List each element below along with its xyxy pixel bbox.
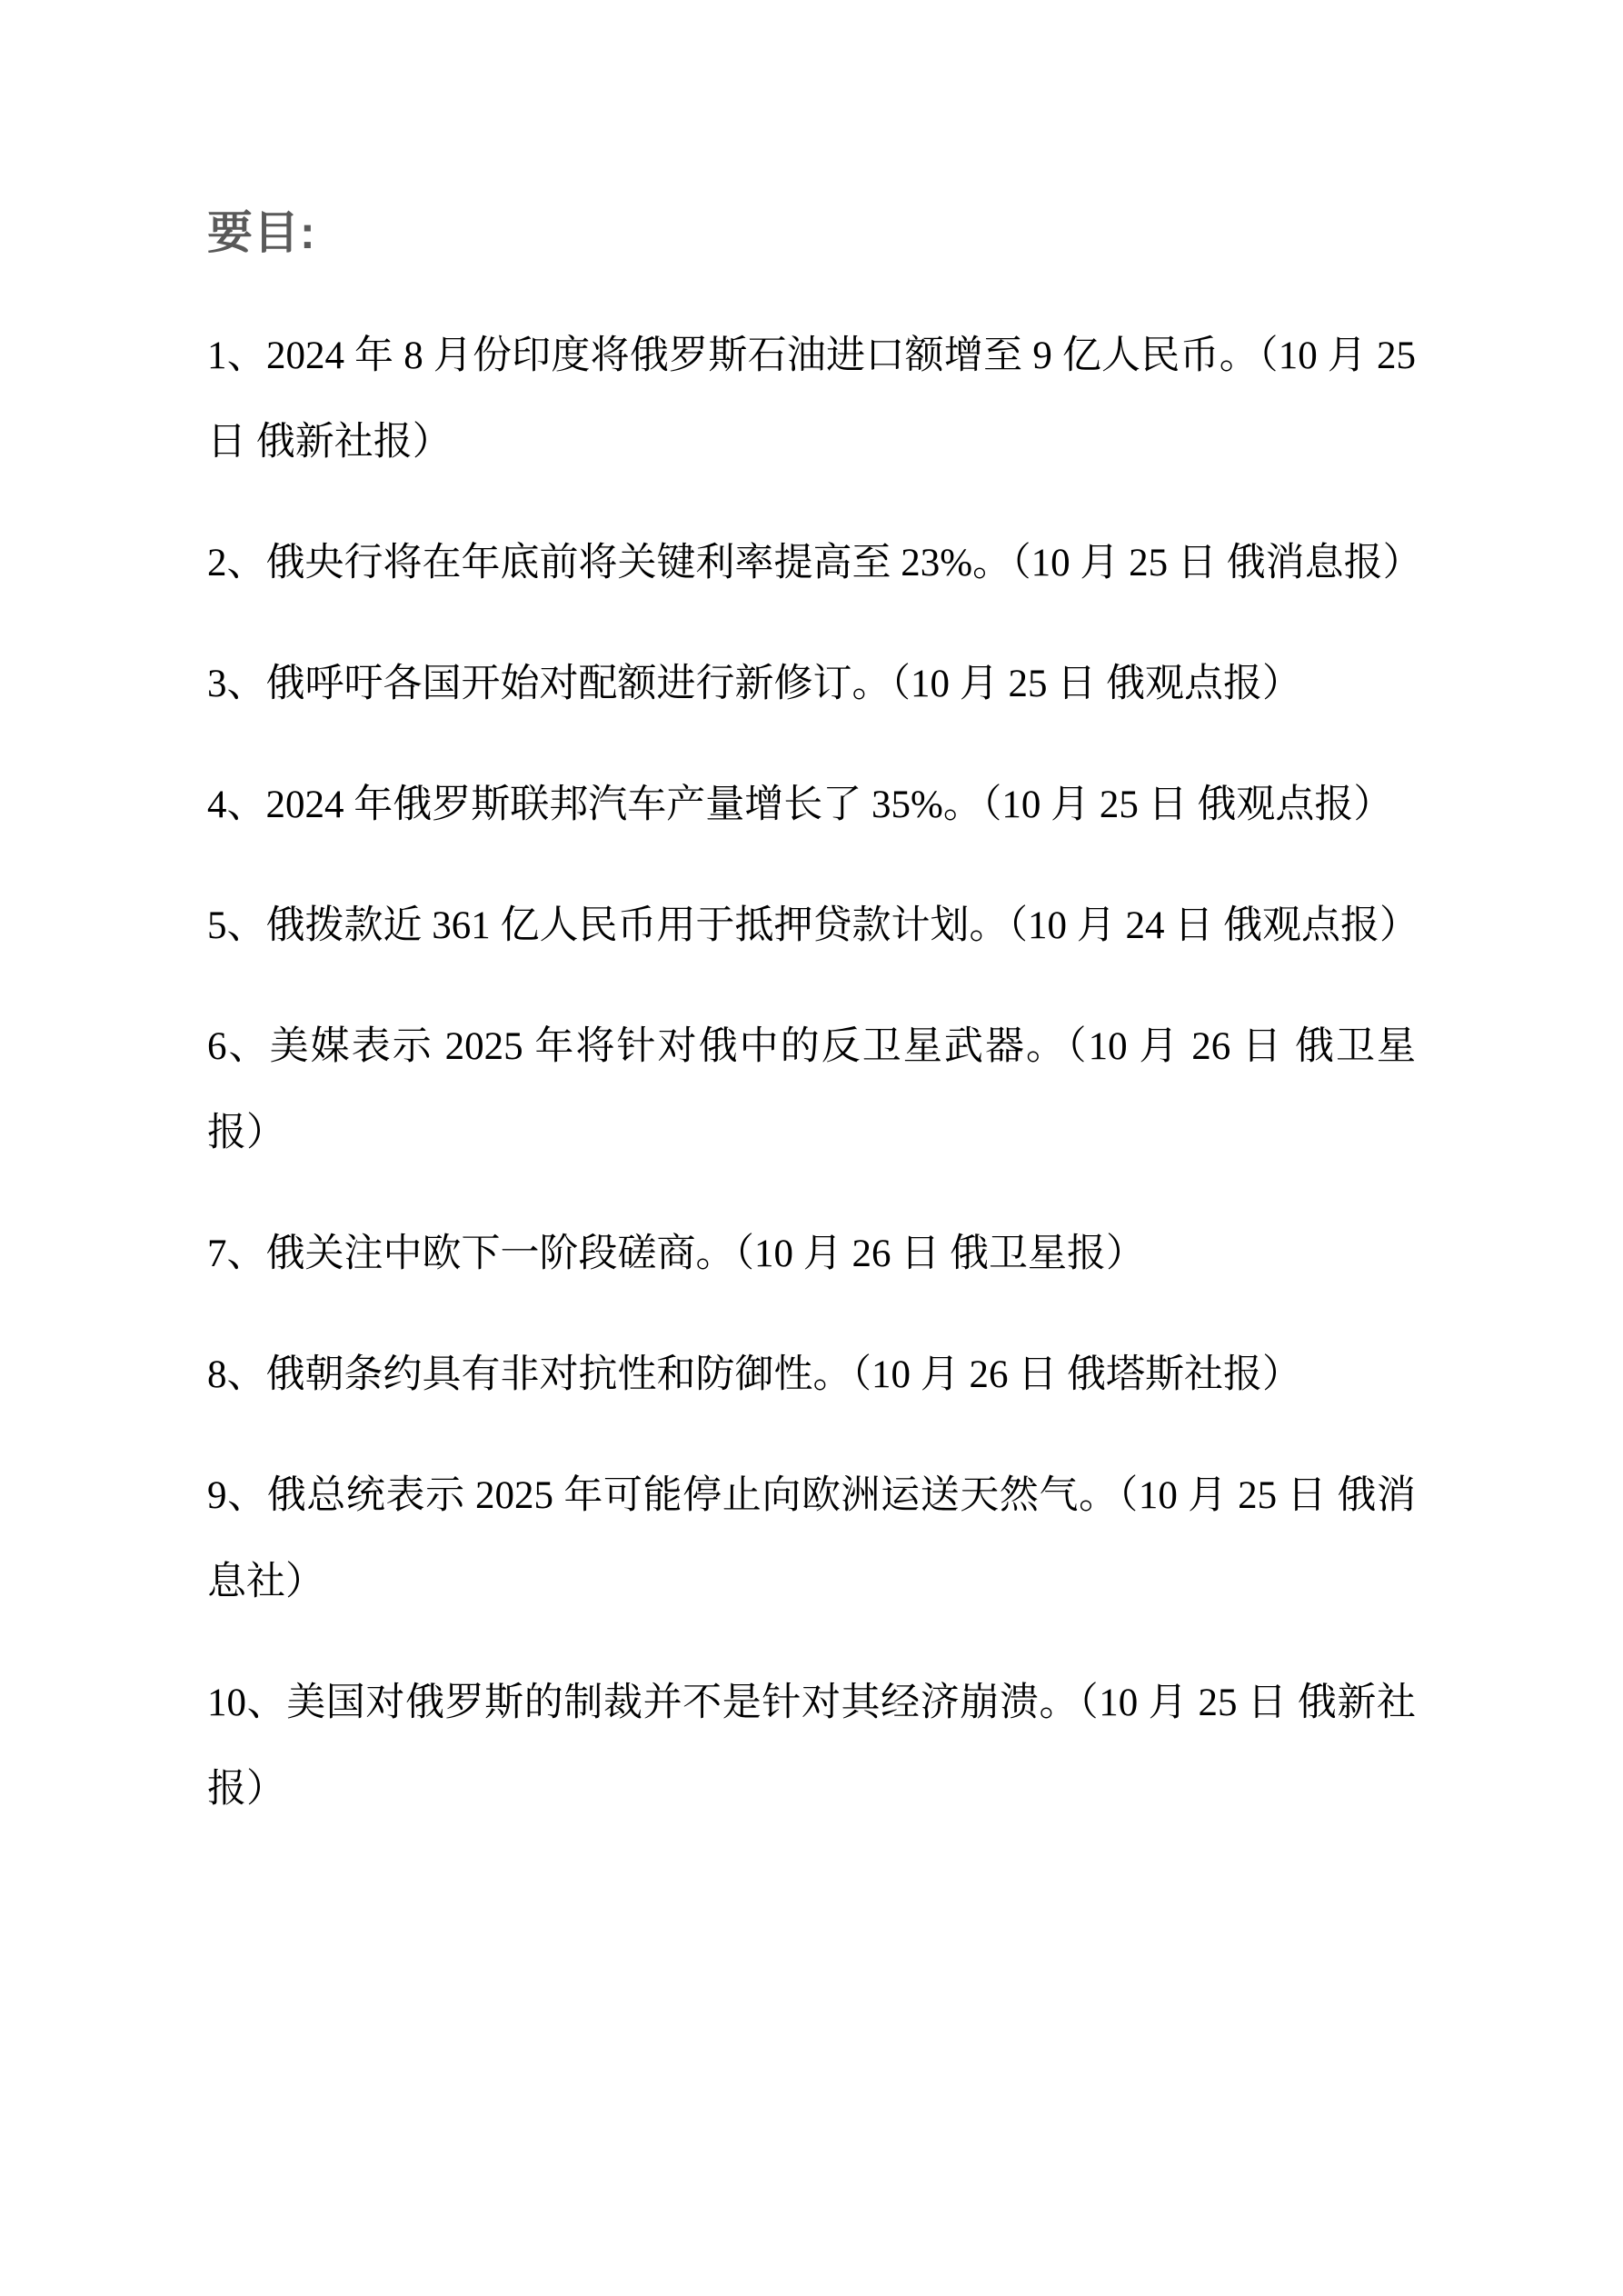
news-item-10: 10、美国对俄罗斯的制裁并不是针对其经济崩溃。（10 月 25 日 俄新社报） — [207, 1660, 1416, 1832]
document-page: 要目: 1、2024 年 8 月份印度将俄罗斯石油进口额增至 9 亿人民币。（1… — [0, 0, 1623, 2296]
news-item-7: 7、俄关注中欧下一阶段磋商。（10 月 26 日 俄卫星报） — [207, 1211, 1416, 1297]
news-item-5: 5、俄拨款近 361 亿人民币用于抵押贷款计划。（10 月 24 日 俄观点报） — [207, 883, 1416, 969]
news-item-6: 6、美媒表示 2025 年将针对俄中的反卫星武器。（10 月 26 日 俄卫星报… — [207, 1003, 1416, 1176]
doc-title: 要目: — [207, 205, 1416, 261]
news-item-9: 9、俄总统表示 2025 年可能停止向欧洲运送天然气。（10 月 25 日 俄消… — [207, 1452, 1416, 1625]
news-item-4: 4、2024 年俄罗斯联邦汽车产量增长了 35%。（10 月 25 日 俄观点报… — [207, 762, 1416, 848]
news-item-2: 2、俄央行将在年底前将关键利率提高至 23%。（10 月 25 日 俄消息报） — [207, 520, 1416, 606]
news-item-8: 8、俄朝条约具有非对抗性和防御性。（10 月 26 日 俄塔斯社报） — [207, 1332, 1416, 1418]
news-item-1: 1、2024 年 8 月份印度将俄罗斯石油进口额增至 9 亿人民币。（10 月 … — [207, 313, 1416, 485]
news-item-3: 3、俄呼吁各国开始对配额进行新修订。（10 月 25 日 俄观点报） — [207, 641, 1416, 727]
